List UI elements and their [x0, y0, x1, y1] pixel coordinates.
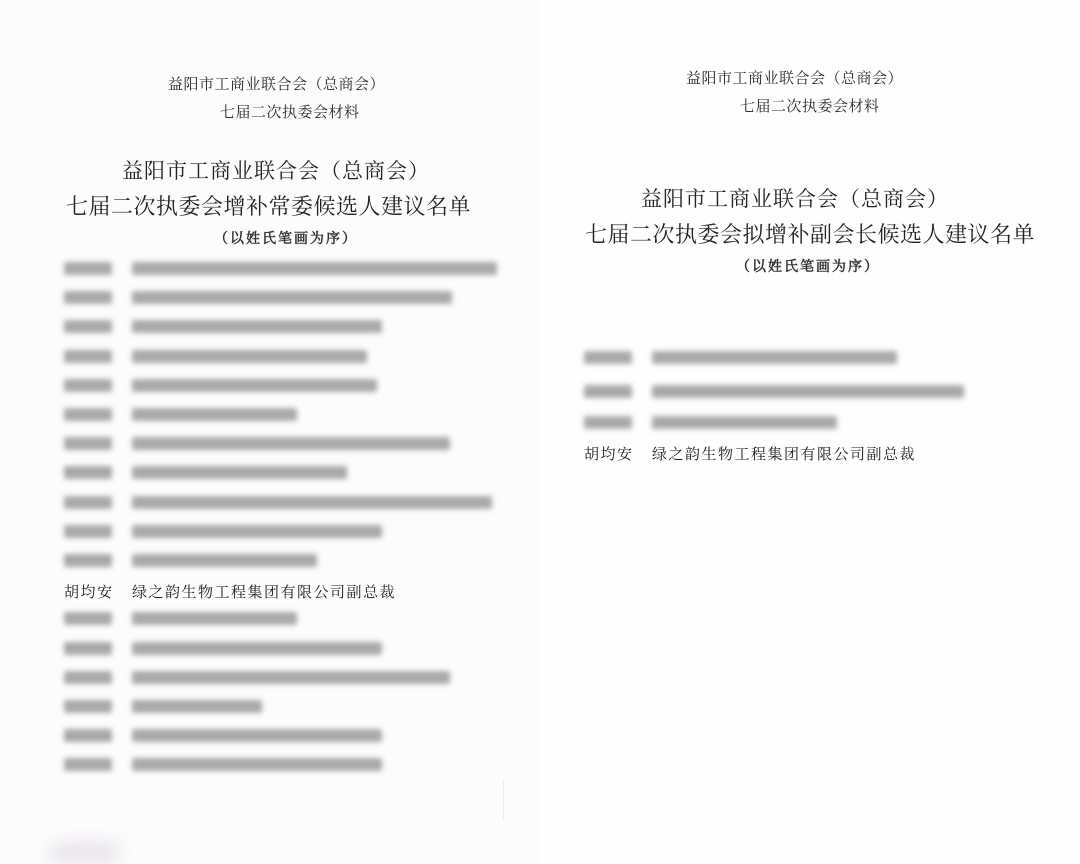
right-title-org: 益阳市工商业联合会（总商会） [641, 183, 949, 213]
redacted-title [132, 700, 262, 713]
candidate-name [64, 290, 132, 308]
candidate-title [132, 378, 377, 396]
right-header-material: 七届二次执委会材料 [740, 95, 880, 116]
candidate-title [132, 319, 382, 337]
redacted-name [64, 554, 112, 567]
candidate-title [132, 553, 317, 571]
candidate-row [64, 609, 297, 631]
candidate-row [64, 551, 317, 573]
redacted-title [132, 379, 377, 392]
left-header-material: 七届二次执委会材料 [220, 101, 360, 122]
candidate-row [64, 463, 347, 485]
candidate-row [64, 259, 497, 281]
candidate-title [132, 670, 450, 688]
redacted-name [584, 385, 632, 398]
candidate-row: 胡均安绿之韵生物工程集团有限公司副总裁 [64, 580, 396, 602]
candidate-title [132, 611, 297, 629]
candidate-name: 胡均安 [64, 581, 132, 602]
candidate-name [64, 465, 132, 483]
candidate-name [64, 495, 132, 513]
redacted-name [584, 351, 632, 364]
candidate-row [64, 376, 377, 398]
redacted-name [64, 642, 112, 655]
photo-smudge [50, 842, 120, 864]
page-crease [503, 780, 504, 820]
right-document-page: 益阳市工商业联合会（总商会） 七届二次执委会材料 益阳市工商业联合会（总商会） … [540, 0, 1080, 864]
redacted-title [132, 350, 367, 363]
redacted-name [64, 262, 112, 275]
redacted-title [132, 466, 347, 479]
candidate-row [64, 347, 367, 369]
redacted-title [132, 671, 450, 684]
candidate-name [64, 261, 132, 279]
redacted-title [652, 416, 837, 429]
candidate-name [584, 350, 652, 368]
candidate-name [64, 670, 132, 688]
redacted-name [64, 350, 112, 363]
redacted-title [132, 320, 382, 333]
candidate-name [64, 407, 132, 425]
candidate-row [584, 348, 897, 370]
redacted-name [64, 700, 112, 713]
candidate-title [652, 350, 897, 368]
redacted-title [132, 554, 317, 567]
candidate-row [64, 434, 450, 456]
redacted-name [64, 437, 112, 450]
redacted-title [132, 437, 450, 450]
candidate-title [132, 465, 347, 483]
right-order-note: （以姓氏笔画为序） [736, 256, 880, 276]
redacted-name [584, 416, 632, 429]
redacted-name [64, 525, 112, 538]
candidate-title: 绿之韵生物工程集团有限公司副总裁 [652, 443, 916, 464]
candidate-title [132, 290, 452, 308]
candidate-row [584, 382, 964, 404]
candidate-name [64, 641, 132, 659]
left-title-org: 益阳市工商业联合会（总商会） [122, 155, 430, 185]
candidate-name [584, 384, 652, 402]
candidate-row [64, 668, 450, 690]
redacted-title [132, 642, 382, 655]
candidate-row [64, 288, 452, 310]
candidate-row [64, 726, 382, 748]
candidate-name [64, 611, 132, 629]
left-order-note: （以姓氏笔画为序） [214, 228, 358, 248]
candidate-name [64, 436, 132, 454]
candidate-title [132, 699, 262, 717]
candidate-title [132, 641, 382, 659]
redacted-title [132, 291, 452, 304]
redacted-title [132, 408, 297, 421]
candidate-title [652, 384, 964, 402]
candidate-row [64, 755, 382, 777]
redacted-title [132, 262, 497, 275]
candidate-title [652, 415, 837, 433]
redacted-title [652, 385, 964, 398]
left-document-page: 益阳市工商业联合会（总商会） 七届二次执委会材料 益阳市工商业联合会（总商会） … [0, 0, 540, 864]
redacted-name [64, 671, 112, 684]
candidate-row [64, 697, 262, 719]
redacted-name [64, 379, 112, 392]
candidate-row [64, 317, 382, 339]
candidate-title [132, 436, 450, 454]
redacted-title [132, 758, 382, 771]
right-title-main: 七届二次执委会拟增补副会长候选人建议名单 [585, 218, 1035, 249]
redacted-title [132, 729, 382, 742]
left-title-main: 七届二次执委会增补常委候选人建议名单 [66, 190, 471, 221]
redacted-title [652, 351, 897, 364]
candidate-row [64, 493, 492, 515]
redacted-name [64, 291, 112, 304]
right-header-org: 益阳市工商业联合会（总商会） [686, 67, 903, 88]
candidate-row [64, 639, 382, 661]
candidate-row [64, 522, 382, 544]
candidate-title [132, 261, 497, 279]
redacted-name [64, 758, 112, 771]
redacted-name [64, 466, 112, 479]
candidate-title [132, 349, 367, 367]
candidate-row [584, 413, 837, 435]
candidate-name [64, 757, 132, 775]
candidate-name: 胡均安 [584, 443, 652, 464]
candidate-name [64, 728, 132, 746]
candidate-title [132, 524, 382, 542]
candidate-title: 绿之韵生物工程集团有限公司副总裁 [132, 581, 396, 602]
candidate-name [64, 319, 132, 337]
redacted-name [64, 729, 112, 742]
redacted-title [132, 612, 297, 625]
candidate-name [64, 378, 132, 396]
candidate-name [584, 415, 652, 433]
candidate-row: 胡均安绿之韵生物工程集团有限公司副总裁 [584, 442, 916, 464]
redacted-name [64, 320, 112, 333]
candidate-title [132, 407, 297, 425]
candidate-title [132, 757, 382, 775]
redacted-name [64, 408, 112, 421]
candidate-name [64, 524, 132, 542]
redacted-name [64, 612, 112, 625]
candidate-name [64, 699, 132, 717]
redacted-title [132, 525, 382, 538]
candidate-name [64, 553, 132, 571]
redacted-title [132, 496, 492, 509]
candidate-row [64, 405, 297, 427]
candidate-title [132, 495, 492, 513]
candidate-title [132, 728, 382, 746]
redacted-name [64, 496, 112, 509]
left-header-org: 益阳市工商业联合会（总商会） [168, 73, 385, 94]
candidate-name [64, 349, 132, 367]
